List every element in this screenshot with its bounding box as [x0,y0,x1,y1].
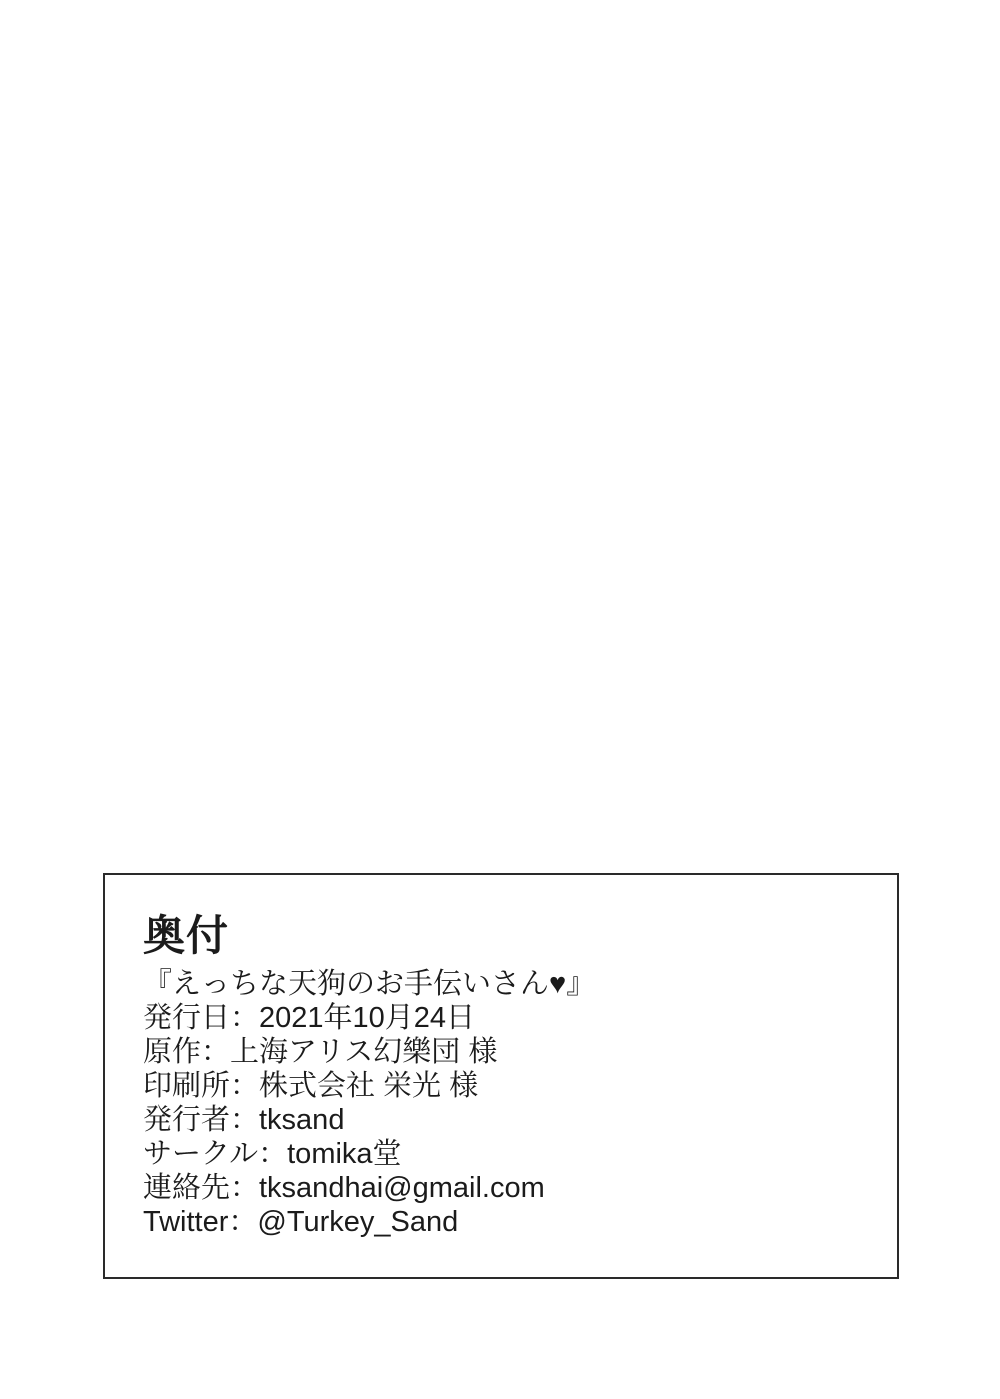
page: { "page": { "background_color": "#ffffff… [0,0,1000,1399]
twitter-handle-line: Twitter：@Turkey_Sand [143,1205,867,1239]
publisher-line: 発行者：tksand [143,1103,867,1137]
printer-line: 印刷所：株式会社 栄光 様 [143,1069,867,1103]
circle-line: サークル：tomika堂 [143,1137,867,1171]
original-work-line: 原作：上海アリス幻樂団 様 [143,1035,867,1069]
publish-date-line: 発行日：2021年10月24日 [143,1001,867,1035]
colophon-heading: 奥付 [143,913,867,959]
colophon-box: 奥付 『えっちな天狗のお手伝いさん♥』 発行日：2021年10月24日 原作：上… [103,873,899,1279]
contact-email-line: 連絡先：tksandhai@gmail.com [143,1171,867,1205]
doujin-title-line: 『えっちな天狗のお手伝いさん♥』 [143,967,867,1001]
